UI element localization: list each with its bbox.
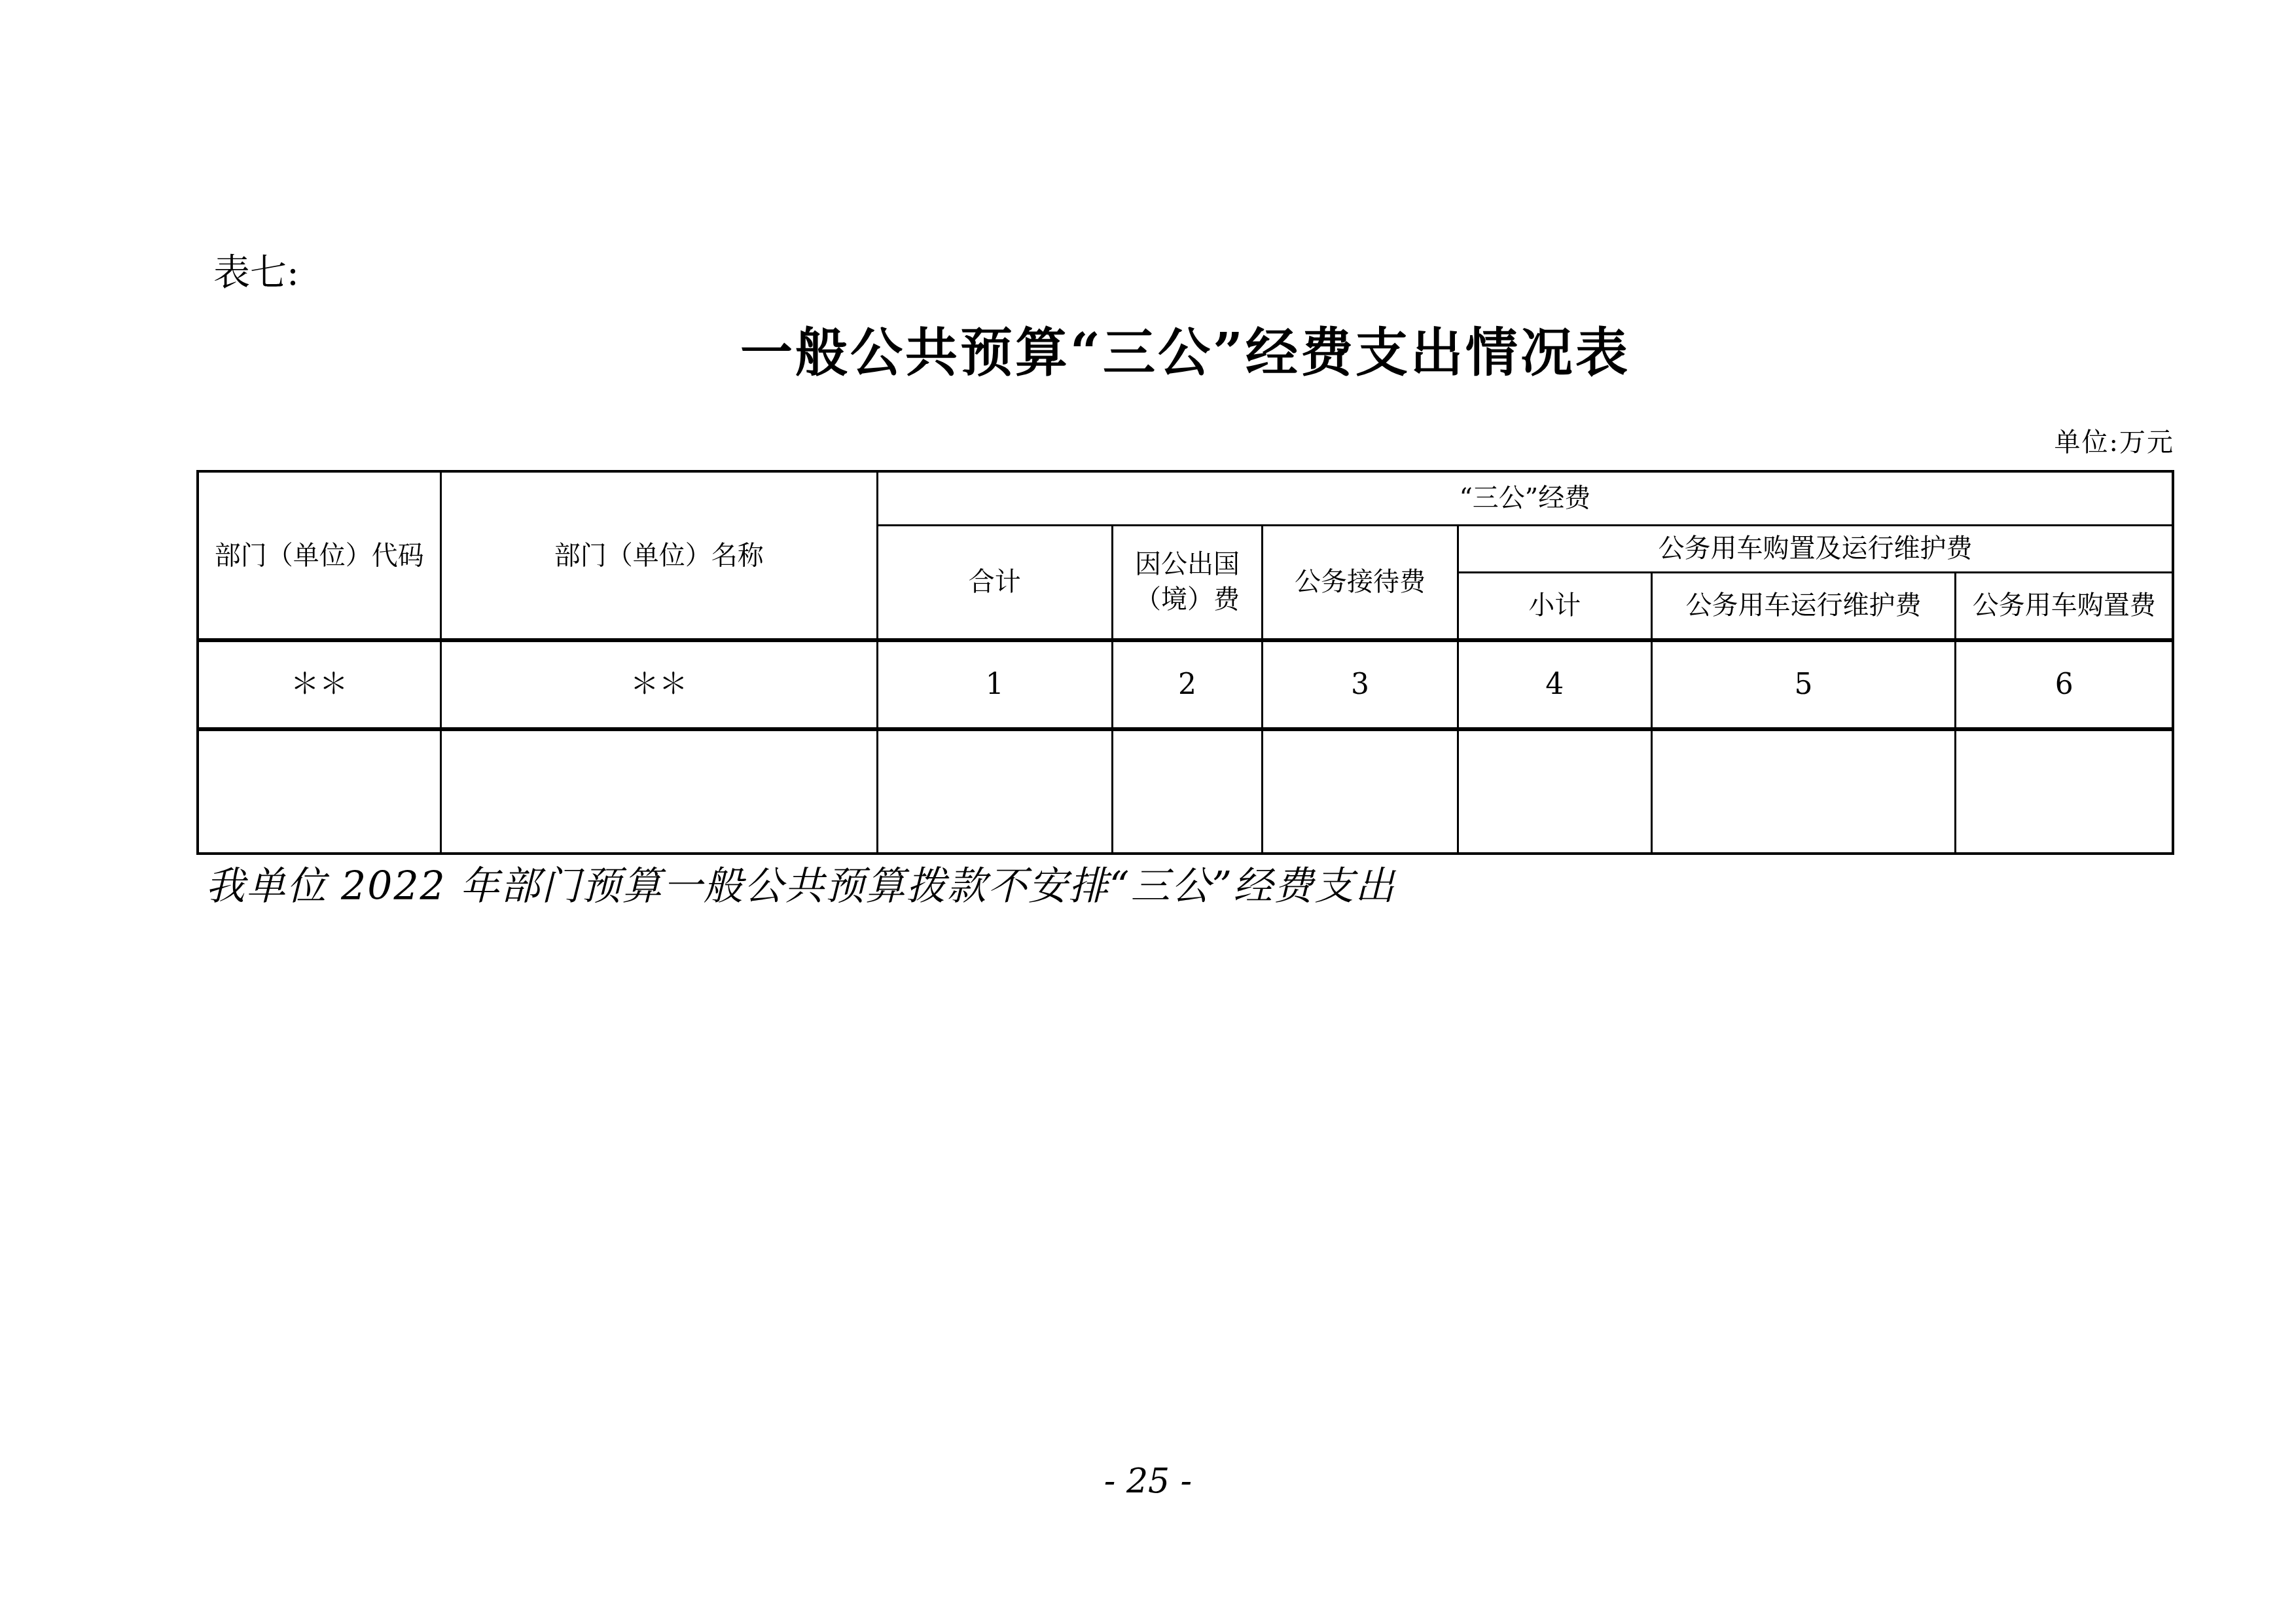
- note-sentence: 我单位 2022 年部门预算一般公共预算拨款不安排“三公”经费支出: [206, 863, 1395, 910]
- cell-official-reception: 3: [1263, 640, 1458, 729]
- header-vehicle-group: 公务用车购置及运行维护费: [1458, 525, 2173, 572]
- budget-table: 部门（单位）代码 部门（单位）名称 “三公”经费 合计 因公出国 （境）费 公务…: [196, 470, 2174, 855]
- empty-cell-official-reception: [1263, 729, 1458, 854]
- table-row-values: ＊＊ ＊＊ 1 2 3 4 5 6: [198, 640, 2173, 729]
- header-dept-code: 部门（单位）代码: [198, 471, 440, 640]
- empty-cell-vehicle-subtotal: [1458, 729, 1651, 854]
- empty-cell-overseas-trips: [1112, 729, 1262, 854]
- cell-overseas-trips: 2: [1112, 640, 1262, 729]
- empty-cell-vehicle-maintenance: [1651, 729, 1956, 854]
- cell-vehicle-subtotal: 4: [1458, 640, 1651, 729]
- header-total: 合计: [877, 525, 1112, 640]
- empty-cell-total: [877, 729, 1112, 854]
- document-title: 一般公共预算“三公”经费支出情况表: [196, 323, 2174, 381]
- table-label: 表七:: [213, 253, 299, 293]
- page-number: - 25 -: [0, 1461, 2296, 1502]
- empty-cell-vehicle-purchase: [1956, 729, 2173, 854]
- header-dept-name: 部门（单位）名称: [440, 471, 877, 640]
- cell-vehicle-maintenance: 5: [1651, 640, 1956, 729]
- cell-total: 1: [877, 640, 1112, 729]
- header-overseas-trips: 因公出国 （境）费: [1112, 525, 1262, 640]
- header-three-public-funds: “三公”经费: [877, 471, 2173, 525]
- cell-vehicle-purchase: 6: [1956, 640, 2173, 729]
- cell-dept-name: ＊＊: [440, 640, 877, 729]
- header-vehicle-purchase: 公务用车购置费: [1956, 572, 2173, 640]
- empty-cell-dept-name: [440, 729, 877, 854]
- header-row-top: 部门（单位）代码 部门（单位）名称 “三公”经费: [198, 471, 2173, 525]
- header-vehicle-maintenance: 公务用车运行维护费: [1651, 572, 1956, 640]
- header-official-reception: 公务接待费: [1263, 525, 1458, 640]
- empty-cell-dept-code: [198, 729, 440, 854]
- unit-note: 单位:万元: [196, 427, 2174, 458]
- table-row-empty: [198, 729, 2173, 854]
- header-vehicle-subtotal: 小计: [1458, 572, 1651, 640]
- cell-dept-code: ＊＊: [198, 640, 440, 729]
